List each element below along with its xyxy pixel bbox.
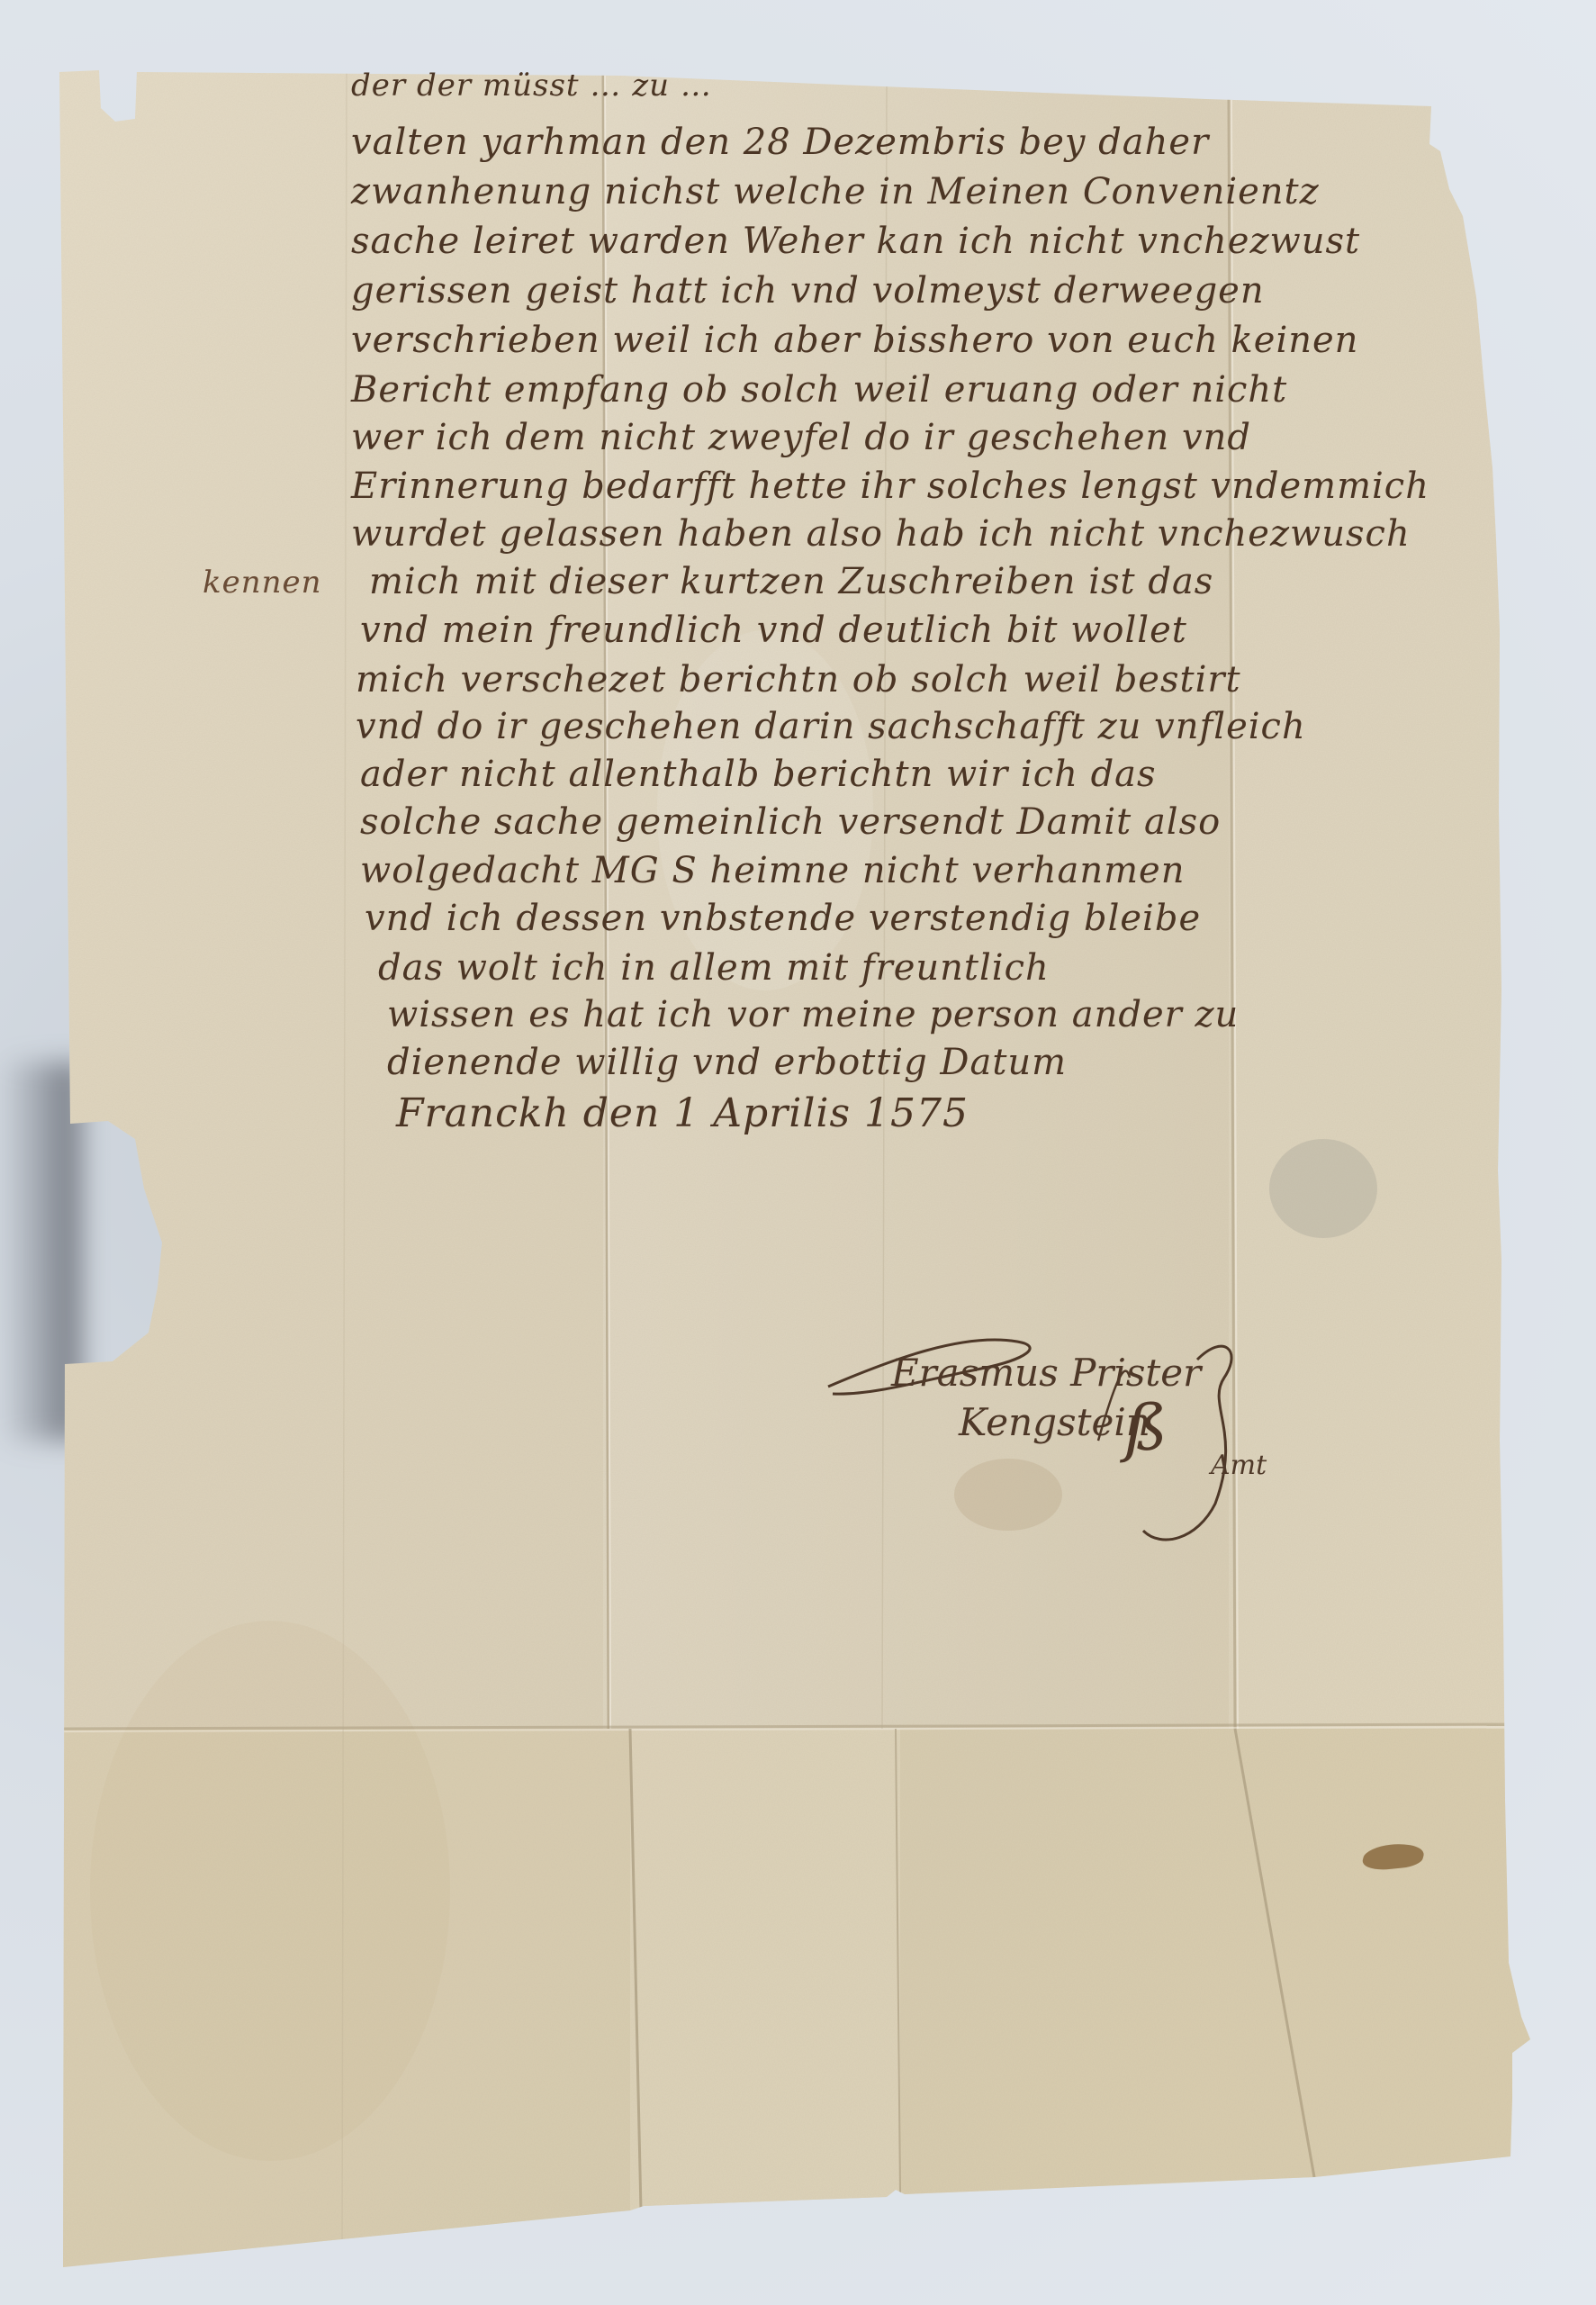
text-line: sache leiret warden Weher kan ich nicht … bbox=[351, 223, 1360, 259]
text-line: mich mit dieser kurtzen Zuschreiben ist … bbox=[369, 564, 1213, 600]
text-line: mich verschezet berichtn ob solch weil b… bbox=[356, 662, 1241, 698]
signature-line-1: Erasmus Prister bbox=[891, 1351, 1201, 1395]
text-line: das wolt ich in allem mit freuntlich bbox=[378, 950, 1050, 986]
date-line: Franckh den 1 Aprilis 1575 bbox=[396, 1094, 969, 1134]
signature-mark: ß bbox=[1125, 1391, 1168, 1465]
signature-subscript: Amt bbox=[1211, 1450, 1267, 1481]
text-line: der der müsst … zu … bbox=[351, 70, 712, 101]
text-line: wissen es hat ich vor meine person ander… bbox=[387, 997, 1239, 1033]
text-line: wer ich dem nicht zweyfel do ir geschehe… bbox=[351, 420, 1251, 456]
text-line: vnd mein freundlich vnd deutlich bit wol… bbox=[360, 612, 1187, 648]
text-line: Bericht empfang ob solch weil eruang ode… bbox=[351, 372, 1287, 408]
document-photo: der der müsst … zu … valten yarhman den … bbox=[0, 0, 1596, 2305]
text-line: dienende willig vnd erbottig Datum bbox=[387, 1044, 1067, 1080]
text-line: gerissen geist hatt ich vnd volmeyst der… bbox=[351, 273, 1265, 309]
text-line: wolgedacht MG S heimne nicht verhanmen bbox=[360, 853, 1185, 889]
text-line: vnd ich dessen vnbstende verstendig blei… bbox=[365, 900, 1201, 936]
signature-line-2: Kengstein bbox=[959, 1400, 1150, 1444]
text-line: Erinnerung bedarfft hette ihr solches le… bbox=[351, 468, 1429, 504]
text-line: ader nicht allenthalb berichtn wir ich d… bbox=[360, 756, 1157, 792]
margin-word: kennen bbox=[203, 567, 322, 598]
text-line: verschrieben weil ich aber bisshero von … bbox=[351, 322, 1358, 358]
text-line: zwanhenung nichst welche in Meinen Conve… bbox=[351, 174, 1320, 210]
text-line: wurdet gelassen haben also hab ich nicht… bbox=[351, 516, 1411, 552]
text-line: valten yarhman den 28 Dezembris bey dahe… bbox=[351, 124, 1209, 160]
text-line: vnd do ir geschehen darin sachschafft zu… bbox=[356, 709, 1306, 745]
text-line: solche sache gemeinlich versendt Damit a… bbox=[360, 804, 1221, 840]
